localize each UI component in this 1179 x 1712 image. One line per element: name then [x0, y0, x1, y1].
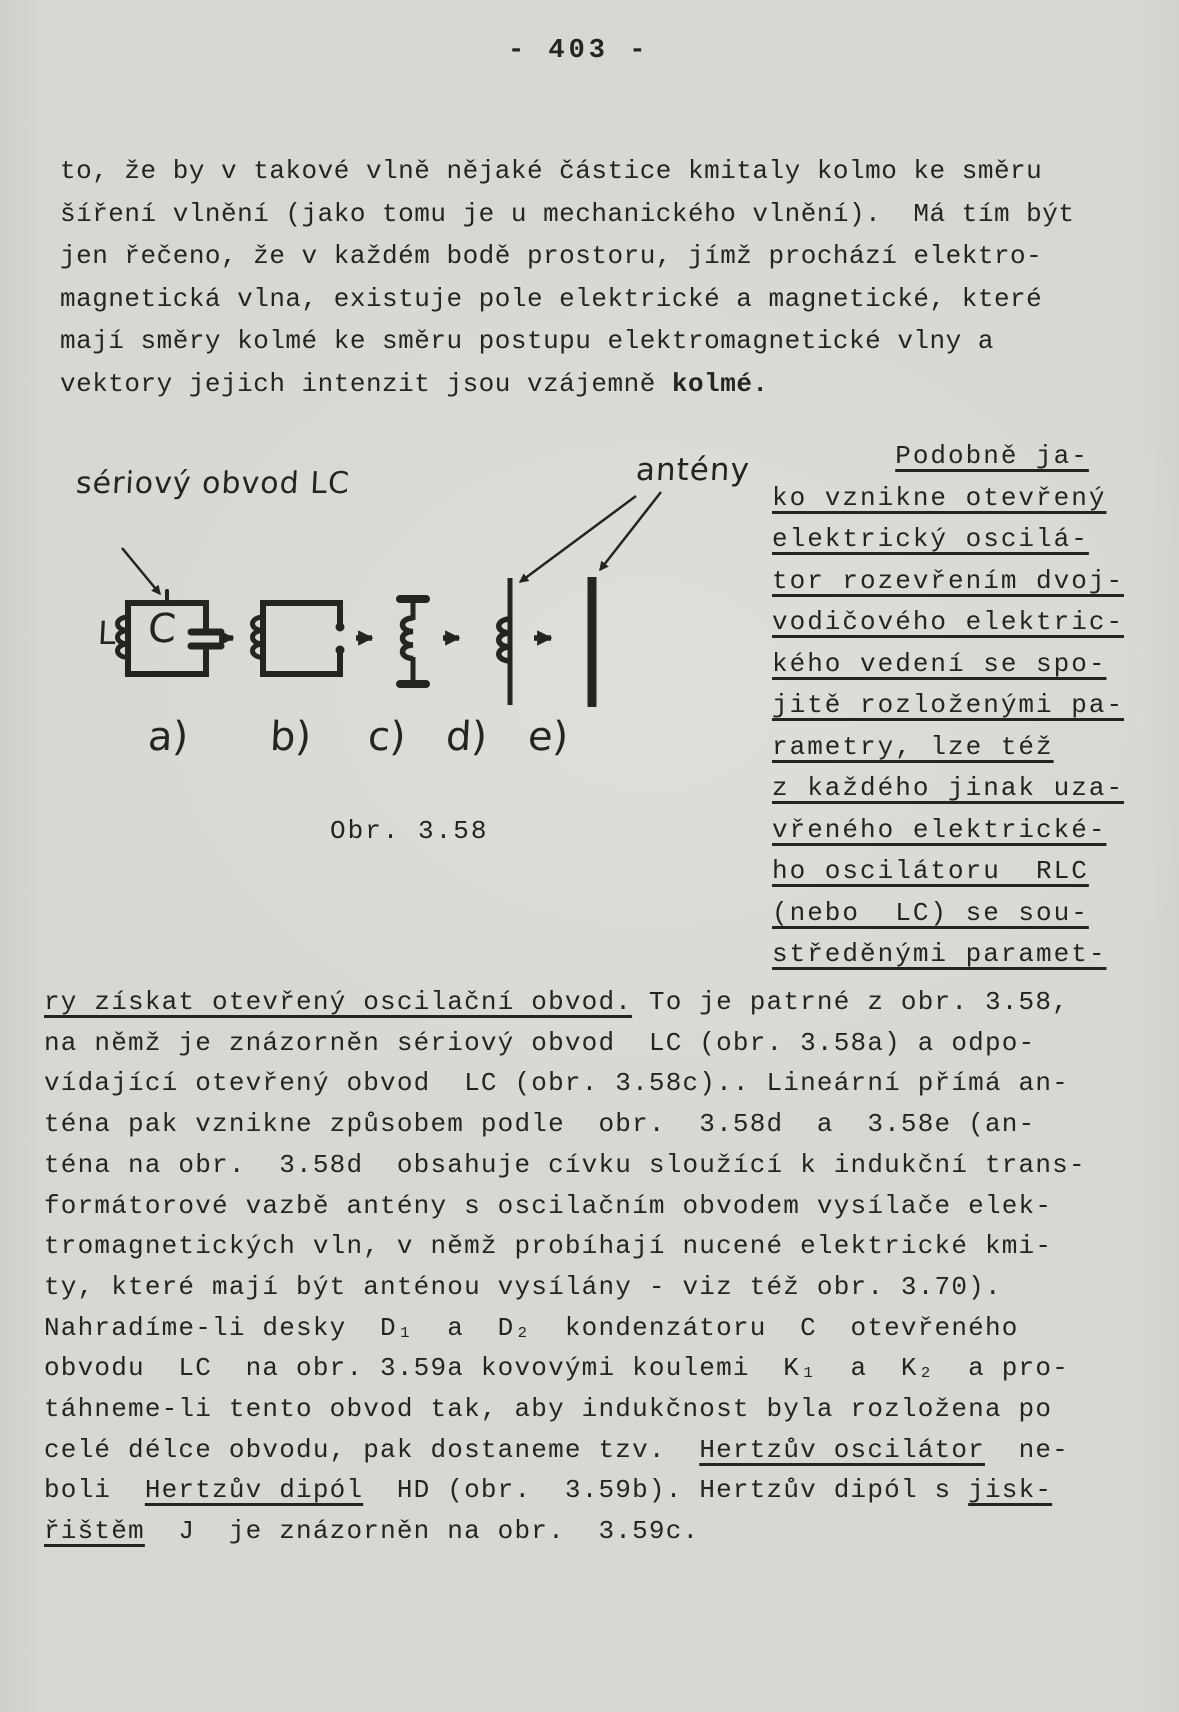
circuit-a [118, 591, 222, 674]
text-line: téna na obr. 3.58d obsahuje cívku slouží… [44, 1145, 1086, 1186]
text-line: (nebo LC) se sou- [772, 893, 1124, 935]
figure-sublabel-e: e) [527, 714, 570, 760]
circuit-diagram-svg [60, 480, 680, 730]
paragraph-intro: to, že by v takové vlně nějaké částice k… [60, 150, 1074, 405]
text-line: formátorové vazbě antény s oscilačním ob… [44, 1186, 1086, 1227]
circuit-b [253, 603, 345, 674]
text-line: jitě rozloženými pa- [772, 685, 1124, 727]
text-line: elektrický oscilá- [772, 519, 1124, 561]
text-line: tromagnetických vln, v němž probíhají nu… [44, 1226, 1086, 1267]
text-line: magnetická vlna, existuje pole elektrick… [60, 278, 1074, 321]
text-line: mají směry kolmé ke směru postupu elektr… [60, 320, 1074, 363]
text-line: vídající otevřený obvod LC (obr. 3.58c).… [44, 1063, 1086, 1104]
paragraph-main: ry získat otevřený oscilační obvod. To j… [44, 982, 1086, 1552]
text-line: tor rozevřením dvoj- [772, 561, 1124, 603]
text-line: středěnými paramet- [772, 934, 1124, 976]
right-column-paragraph: Podobně ja-ko vznikne otevřenýelektrický… [772, 436, 1124, 976]
text-line: téna pak vznikne způsobem podle obr. 3.5… [44, 1104, 1086, 1145]
figure-sublabel-c: c) [367, 714, 407, 760]
text-line: jen řečeno, že v každém bodě prostoru, j… [60, 235, 1074, 278]
label-pointer-line [122, 548, 160, 594]
document-page: - 403 - to, že by v takové vlně nějaké č… [0, 0, 1179, 1712]
text-line: ho oscilátoru RLC [772, 851, 1124, 893]
circuit-d [499, 578, 510, 705]
text-line: ko vznikne otevřený [772, 478, 1124, 520]
antenna-pointer-lines [520, 492, 661, 582]
text-line: vřeného elektrické- [772, 810, 1124, 852]
text-line: z každého jinak uza- [772, 768, 1124, 810]
figure-sublabel-b: b) [269, 714, 312, 760]
text-line: řištěm J je znázorněn na obr. 3.59c. [44, 1511, 1086, 1552]
text-line: táhneme-li tento obvod tak, aby indukčno… [44, 1389, 1086, 1430]
text-line: šíření vlnění (jako tomu je u mechanické… [60, 193, 1074, 236]
text-line: Nahradíme-li desky D₁ a D₂ kondenzátoru … [44, 1308, 1086, 1349]
text-line: celé délce obvodu, pak dostaneme tzv. He… [44, 1430, 1086, 1471]
figure-sublabel-a: a) [147, 714, 190, 760]
text-line: to, že by v takové vlně nějaké částice k… [60, 150, 1074, 193]
figure-caption: Obr. 3.58 [330, 816, 488, 846]
text-line: boli Hertzův dipól HD (obr. 3.59b). Hert… [44, 1470, 1086, 1511]
text-line: na němž je znázorněn sériový obvod LC (o… [44, 1023, 1086, 1064]
text-line: vodičového elektric- [772, 602, 1124, 644]
text-line: rametry, lze též [772, 727, 1124, 769]
text-line: Podobně ja- [772, 436, 1124, 478]
text-line: vektory jejich intenzit jsou vzájemně ko… [60, 363, 1074, 406]
text-line: ty, které mají být anténou vysílány - vi… [44, 1267, 1086, 1308]
circuit-c [400, 599, 426, 684]
text-line: ry získat otevřený oscilační obvod. To j… [44, 982, 1086, 1023]
text-line: obvodu LC na obr. 3.59a kovovými koulemi… [44, 1348, 1086, 1389]
figure-sublabel-d: d) [445, 714, 488, 760]
text-line: kého vedení se spo- [772, 644, 1124, 686]
page-number: - 403 - [508, 36, 649, 66]
